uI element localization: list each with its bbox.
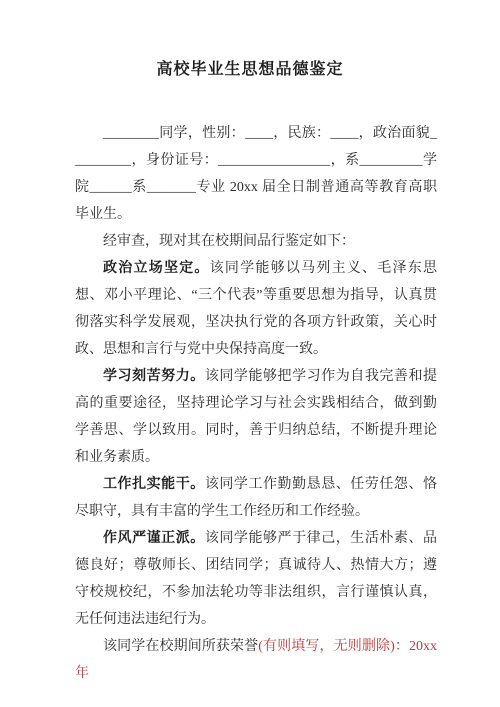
paragraph-conduct-lead: 作风严谨正派。 <box>103 531 205 546</box>
paragraph-work-lead: 工作扎实能干。 <box>103 477 205 492</box>
paragraph-political-stance: 政治立场坚定。该同学能够以马列主义、毛泽东思想、邓小平理论、“三个代表”等重要思… <box>75 255 437 363</box>
paragraph-political-lead: 政治立场坚定。 <box>103 261 210 276</box>
honors-label: 该同学在校期间所获荣誉 <box>103 639 258 654</box>
paragraph-work: 工作扎实能干。该同学工作勤勤恳恳、任劳任怨、恪尽职守，具有丰富的学生工作经历和工… <box>75 471 437 525</box>
document-body: ________同学，性别：____，民族：____，政治面貌_________… <box>75 120 437 687</box>
paragraph-intro: 经审查，现对其在校期间品行鉴定如下： <box>75 228 437 255</box>
paragraph-honors: 该同学在校期间所获荣誉(有则填写，无则删除)：20xx 年 <box>75 633 437 687</box>
document-title: 高校毕业生思想品德鉴定 <box>0 0 500 81</box>
paragraph-study-lead: 学习刻苦努力。 <box>103 369 205 384</box>
paragraph-study: 学习刻苦努力。该同学能够把学习作为自我完善和提高的重要途径，坚持理论学习与社会实… <box>75 363 437 471</box>
paragraph-conduct: 作风严谨正派。该同学能够严于律己，生活朴素、品德良好；尊敬师长、团结同学；真诚待… <box>75 525 437 633</box>
paragraph-student-info: ________同学，性别：____，民族：____，政治面貌_________… <box>75 120 437 228</box>
document-page: 高校毕业生思想品德鉴定 ________同学，性别：____，民族：____，政… <box>0 0 500 707</box>
